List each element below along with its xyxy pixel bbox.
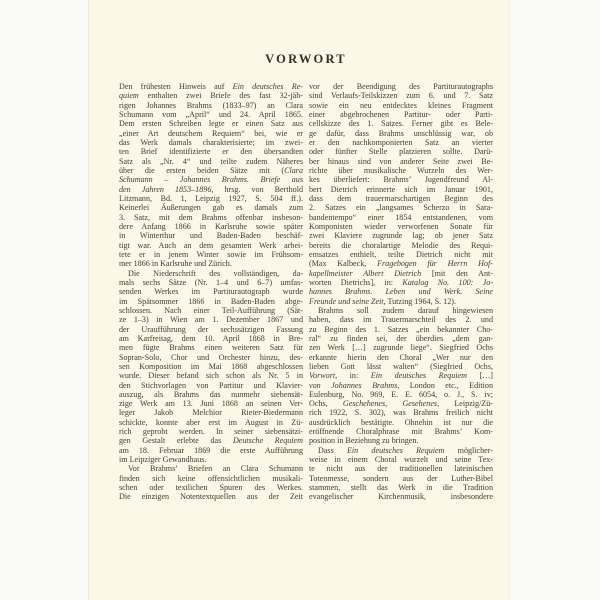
text-line: richte über musikalische Wurzeln des Wer… [309, 166, 493, 175]
text-line: Vorwort, in: Ein deutsches Requiem […] [309, 371, 493, 380]
text-line: einer abgebrochenen Partitur- oder Parti… [309, 110, 493, 119]
text-line: dere Anfang 1866 in Karlsruhe sowie spät… [119, 222, 303, 231]
text-line: bereits die choralartige Melodie des Req… [309, 241, 493, 250]
text-line: von Johannes Brahms, London etc., Editio… [309, 381, 493, 390]
text-line: zu Beginn des 1. Satzes „ein bekannter C… [309, 325, 493, 334]
text-line: ber hinaus sind von anderer Seite zwei B… [309, 157, 493, 166]
text-line: 3. Satz, mit dem Brahms offenbar insbeso… [119, 213, 303, 222]
text-line: das Werk damals charakterisierte; im zwe… [119, 138, 303, 147]
text-line: Dass Ein deutsches Requiem möglicher- [309, 446, 493, 455]
text-line: senden Werkes im Partiturautograph wurde [119, 287, 303, 296]
text-line: Freunde und seine Zeit, Tutzing 1964, S.… [309, 297, 493, 306]
text-line: den Jahren 1853–1896, hrsg. von Berthold [119, 185, 303, 194]
text-line: zen Werk […] zugrunde liege“. Siegfried … [309, 343, 493, 352]
text-line: ze 1–3) in Wien am 1. Dezember 1867 und [119, 315, 303, 324]
text-line: in Winterthur und Baden-Baden beschäf- [119, 231, 303, 240]
text-line: Ochs, Geschehenes, Gesehenes, Leipzig/Zü… [309, 399, 493, 408]
text-line: rich 1922, S. 302), was Brahms freilich … [309, 408, 493, 417]
text-line: sen Komposition im Mai 1868 abgeschlosse… [119, 362, 303, 371]
text-line: rigen Johannes Brahms (1833–97) an Clara [119, 101, 303, 110]
text-line: kes überliefert: Brahms’ Jugendfreund Al… [309, 175, 493, 184]
text-line: über die ersten beiden Sätze mit (Clara [119, 166, 303, 175]
text-line: Schumann vom „April“ und 24. April 1865. [119, 110, 303, 119]
text-line: erkannte hierin den Choral „Wer nur den [309, 353, 493, 362]
text-line: stammen, stellt das Werk in die Traditio… [309, 483, 493, 492]
text-line: finden sich keine offensichtlichen musik… [119, 474, 303, 483]
text-line: am 18. Februar 1869 die erste Aufführung [119, 446, 303, 455]
text-line: 2. Satzes ein „langsames Scherzo in Sara… [309, 203, 493, 212]
page-title: VORWORT [119, 52, 493, 67]
text-line: schen oder textlichen Spuren des Werkes. [119, 483, 303, 492]
text-line: te nicht aus der traditionellen lateinis… [309, 464, 493, 473]
text-line: der Uraufführung der sechssätzigen Fassu… [119, 325, 303, 334]
text-line: bert Dietrich erinnerte sich im Januar 1… [309, 185, 493, 194]
text-line: tigt war. Auch an dem gesamten Werk arbe… [119, 241, 303, 250]
text-block: Den frühesten Hinweis auf Ein deutsches … [119, 82, 493, 502]
text-line: ral“ zu finden sei, der überdies „dem ga… [309, 334, 493, 343]
text-line: Die einzigen Notentextquellen aus der Ze… [119, 492, 303, 501]
text-line: zige Werk am 13. Juni 1868 an seinen Ver… [119, 399, 303, 408]
text-line: leger Jakob Melchior Rieter-Biedermann [119, 408, 303, 417]
text-line: auszug, als Brahms das nunmehr siebensät… [119, 390, 303, 399]
text-line: lieben Gott lässt walten“ (Siegfried Och… [309, 362, 493, 371]
text-line: wurde. Dieser befand sich schon als Nr. … [119, 371, 303, 380]
text-line: ausdrücklich bestätigte. Ohnehin ist nur… [309, 418, 493, 427]
text-line: Totenmesse, sondern aus der Luther-Bibel [309, 474, 493, 483]
text-line: (Max Kalbeck, Fragebogen für Herrn Hof- [309, 259, 493, 268]
text-line: Dem ersten Schreiben legte er einen Satz… [119, 119, 303, 128]
text-line: ge dafür, dass Brahms unschlüssig war, o… [309, 129, 493, 138]
book-page: VORWORT Den frühesten Hinweis auf Ein de… [88, 0, 510, 600]
text-line: Vor Brahms’ Briefen an Clara Schumann [119, 464, 303, 473]
text-line: sowie ein neu entdecktes kleines Fragmen… [309, 101, 493, 110]
text-line: worten Dietrichs], in: Katalog No. 100: … [309, 278, 493, 287]
text-line: zwei Klaviere zugrunde lag; ob jener Sat… [309, 231, 493, 240]
text-line: vor der Beendigung des Partiturautograph… [309, 82, 493, 91]
text-line: Eulenburg, No. 969, E. E. 6054, o. J., S… [309, 390, 493, 399]
text-line: hannes Brahms. Leben und Werk. Seine [309, 287, 493, 296]
text-line: Komponisten wieder verworfenen Sonate fü… [309, 222, 493, 231]
text-line: men fügte Brahms einen weiteren Satz für [119, 343, 303, 352]
text-line: schlossen. Nach einer Teil-Aufführung (S… [119, 306, 303, 315]
text-line: ten Brief identifizierte er den übersand… [119, 147, 303, 156]
text-line: quiem enthalten zwei Briefe des fast 32-… [119, 91, 303, 100]
text-line: im Spätsommer 1866 in Baden-Baden abge- [119, 297, 303, 306]
text-line: „einer Art deutschem Requiem“ bei, wie e… [119, 129, 303, 138]
text-line: am Karfreitag, dem 10. April 1868 in Bre… [119, 334, 303, 343]
text-line: schickte, konnte aber erst im August in … [119, 418, 303, 427]
text-line: rich geprobt werden. In seiner siebensät… [119, 427, 303, 436]
text-line: im Leipziger Gewandhaus. [119, 455, 303, 464]
text-line: er den nachkomponierten Satz an vierter [309, 138, 493, 147]
text-line: sind Verlaufs-Teilskizzen zum 6. und 7. … [309, 91, 493, 100]
text-line: Keinerlei Äußerungen gab es damals zum [119, 203, 303, 212]
text-line: tete er in jenem Winter sowie im Frühsom… [119, 250, 303, 259]
text-line: weise in einem Choral wurzelt und seine … [309, 455, 493, 464]
text-line: mer 1866 in Karlsruhe und Zürich. [119, 259, 303, 268]
text-line: den Stichvorlagen von Partitur und Klavi… [119, 381, 303, 390]
text-column-left: Den frühesten Hinweis auf Ein deutsches … [119, 82, 303, 502]
text-line: Satz als „Nr. 4“ und teilte zudem Nähere… [119, 157, 303, 166]
text-line: mals sechs Sätze (Nr. 1–4 und 6–7) umfas… [119, 278, 303, 287]
text-line: Litzmann, Bd. 1, Leipzig 1927, S. 504 ff… [119, 194, 303, 203]
text-line: kapellmeister Albert Dietrich [mit den A… [309, 269, 493, 278]
text-line: Brahms soll zudem darauf hingewiesen [309, 306, 493, 315]
text-line: Sopran-Solo, Chor und Orchester hinzu, d… [119, 353, 303, 362]
text-line: Die Niederschrift des vollständigen, da- [119, 269, 303, 278]
text-line: emsatzes enthielt, teilte Dietrich nicht… [309, 250, 493, 259]
text-line: eröffnende Choralphrase mit Brahms’ Kom- [309, 427, 493, 436]
text-line: bandentempo“ einer 1854 entstandenen, vo… [309, 213, 493, 222]
text-line: Schumann – Johannes Brahms. Briefe aus [119, 175, 303, 184]
text-line: gen Gestalt erlebte das Deutsche Requiem [119, 436, 303, 445]
text-line: dass dem trauermarschartigen Beginn des [309, 194, 493, 203]
text-column-right: vor der Beendigung des Partiturautograph… [309, 82, 493, 502]
text-line: cellskizze des 1. Satzes. Ferner gibt es… [309, 119, 493, 128]
text-line: haben, dass im Trauermarschteil des 2. u… [309, 315, 493, 324]
text-line: Den frühesten Hinweis auf Ein deutsches … [119, 82, 303, 91]
text-line: oder fünfter Stelle platzieren sollte. D… [309, 147, 493, 156]
text-line: evangelischer Kirchenmusik, insbesondere [309, 492, 493, 501]
text-line: position in Beziehung zu bringen. [309, 436, 493, 445]
